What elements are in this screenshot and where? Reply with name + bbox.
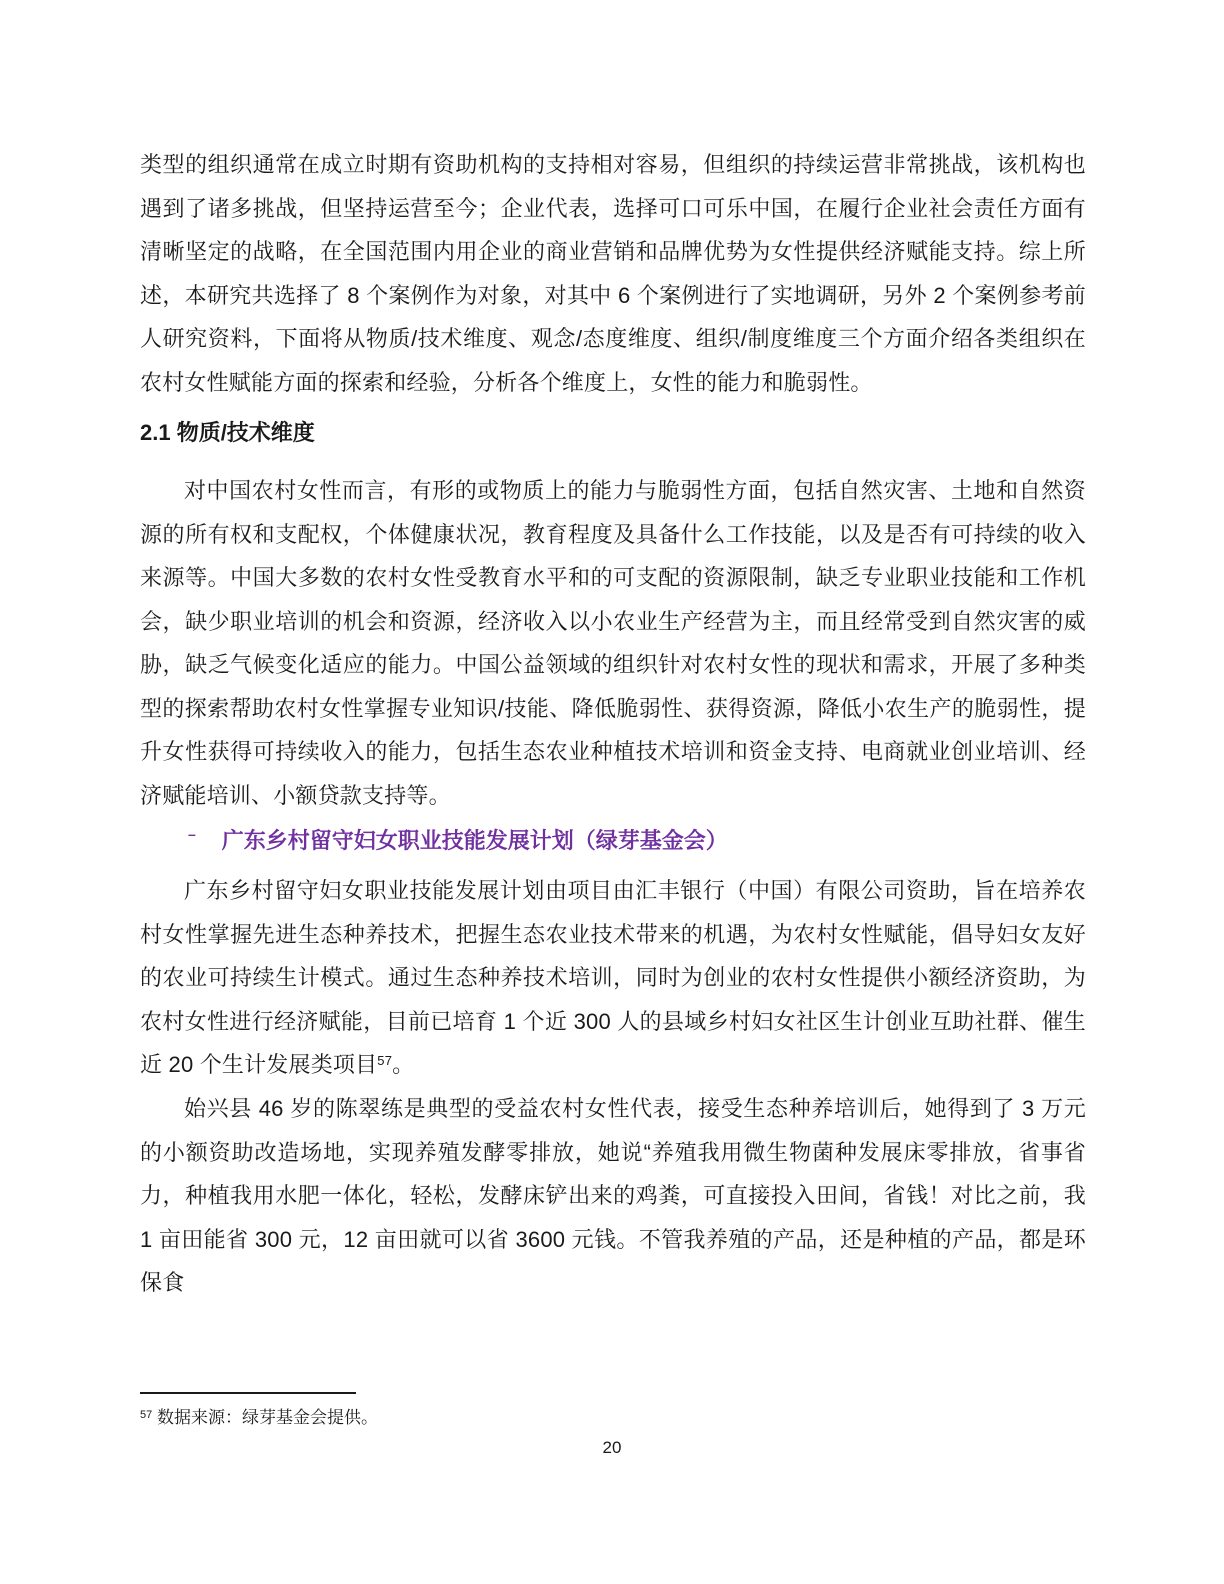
- paragraph-material-dimension: 对中国农村女性而言，有形的或物质上的能力与脆弱性方面，包括自然灾害、土地和自然资…: [140, 469, 1086, 817]
- paragraph-program-end: 。: [392, 1052, 414, 1077]
- section-heading: 2.1 物质/技术维度: [140, 417, 1086, 449]
- paragraph-program-description: 广东乡村留守妇女职业技能发展计划由项目由汇丰银行（中国）有限公司资助，旨在培养农…: [140, 869, 1086, 1087]
- footnote-reference-57: 57: [377, 1053, 392, 1068]
- page-number: 20: [0, 1438, 1224, 1458]
- dash-bullet-icon: –: [188, 816, 196, 852]
- document-page: 类型的组织通常在成立时期有资助机构的支持相对容易，但组织的持续运营非常挑战，该机…: [0, 0, 1224, 1584]
- footnote-number: 57: [140, 1409, 152, 1421]
- paragraph-program-text: 广东乡村留守妇女职业技能发展计划由项目由汇丰银行（中国）有限公司资助，旨在培养农…: [140, 878, 1086, 1077]
- footnote-text: 数据来源：绿芽基金会提供。: [152, 1408, 378, 1427]
- footnote: 57 数据来源：绿芽基金会提供。: [140, 1405, 1086, 1431]
- footnote-separator: [140, 1392, 356, 1394]
- program-heading-title: 广东乡村留守妇女职业技能发展计划（绿芽基金会）: [222, 828, 728, 853]
- program-heading: –广东乡村留守妇女职业技能发展计划（绿芽基金会）: [140, 816, 1086, 859]
- paragraph-case-story: 始兴县 46 岁的陈翠练是典型的受益农村女性代表，接受生态种养培训后，她得到了 …: [140, 1087, 1086, 1305]
- paragraph-continuation: 类型的组织通常在成立时期有资助机构的支持相对容易，但组织的持续运营非常挑战，该机…: [140, 143, 1086, 404]
